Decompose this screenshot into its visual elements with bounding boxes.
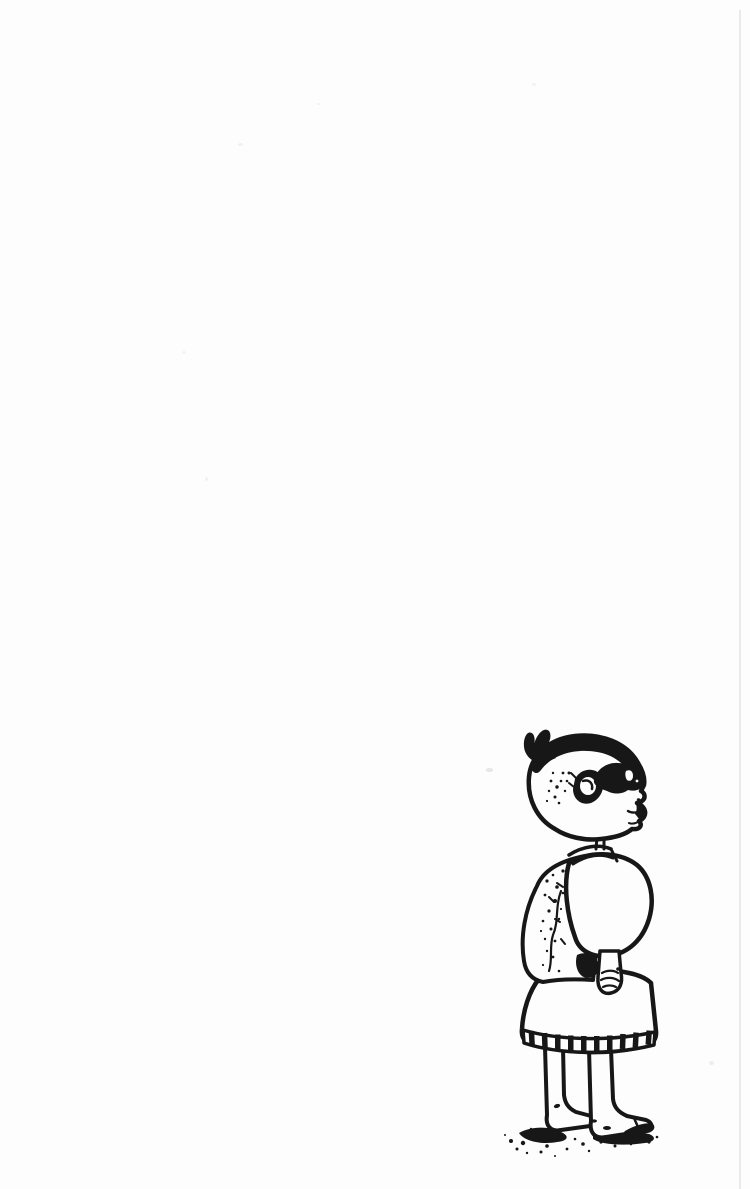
paper-speck	[317, 103, 321, 105]
nostril	[637, 798, 640, 800]
paper-speck	[205, 477, 208, 481]
paper-speck	[238, 143, 243, 146]
manga-page	[0, 0, 750, 1189]
arm-hand	[598, 951, 622, 993]
child-in-checkered-kimono-drawing	[497, 725, 667, 1165]
paper-speck	[486, 768, 493, 772]
checkered-sleeve	[566, 854, 652, 956]
paper-speck	[182, 351, 186, 354]
child-illustration	[497, 725, 667, 1165]
paper-speck	[532, 83, 536, 86]
paper-speck	[709, 1061, 714, 1065]
page-edge-scan-line	[739, 10, 741, 1189]
